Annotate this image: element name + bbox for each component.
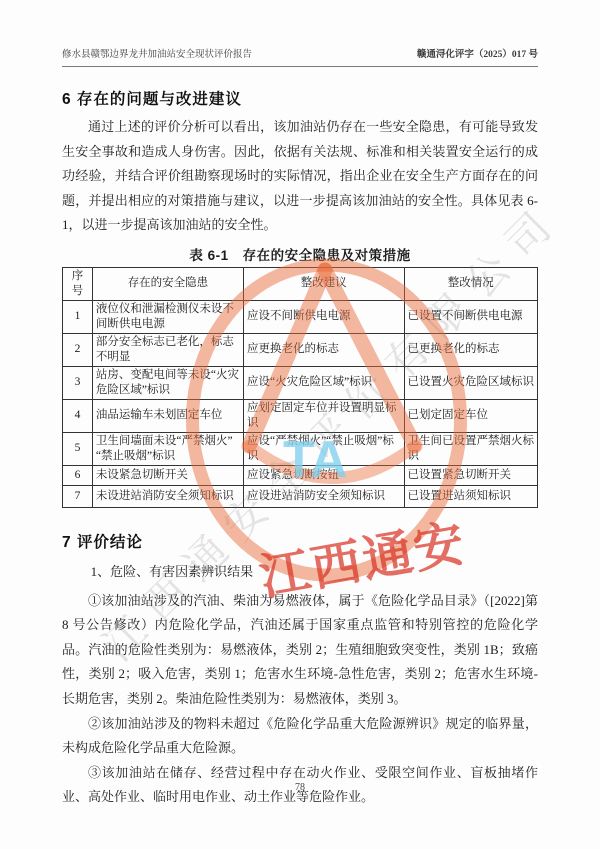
row-number: 6 <box>63 465 93 485</box>
status-cell: 卫生间已设置严禁烟火标识 <box>404 432 537 465</box>
header-report-title: 修水县赣鄂边界龙井加油站安全现状评价报告 <box>62 46 252 60</box>
col-header-hazard: 存在的安全隐患 <box>92 267 243 300</box>
row-number: 7 <box>63 485 93 507</box>
hazard-cell: 未设进站消防安全须知标识 <box>92 485 243 507</box>
hazard-table: 序号 存在的安全隐患 整改建议 整改情况 1 液位仪和泄漏检测仪未设不间断供电电… <box>62 267 538 508</box>
status-cell: 已设置火灾危险区域标识 <box>404 366 537 399</box>
col-header-status: 整改情况 <box>404 267 537 300</box>
row-number: 4 <box>63 399 93 432</box>
table-header-row: 序号 存在的安全隐患 整改建议 整改情况 <box>63 267 538 300</box>
row-number: 2 <box>63 333 93 366</box>
status-cell: 已更换老化的标志 <box>404 333 537 366</box>
row-number: 3 <box>63 366 93 399</box>
section-7-subheading: 1、危险、有害因素辨识结果 <box>62 560 538 585</box>
suggestion-cell: 应设“火灾危险区域”标识 <box>243 366 404 399</box>
table-row: 5 卫生间墙面未设“严禁烟火”“禁止吸烟”标识 应设“严禁烟火”“禁止吸烟”标识… <box>63 432 538 465</box>
table-row: 6 未设紧急切断开关 应设紧急切断按钮 已设置紧急切断开关 <box>63 465 538 485</box>
suggestion-cell: 应设进站消防安全须知标识 <box>243 485 404 507</box>
status-cell: 已划定固定车位 <box>404 399 537 432</box>
status-cell: 已设置不间断供电电源 <box>404 300 537 333</box>
section-6-heading: 6 存在的问题与改进建议 <box>62 87 538 109</box>
table-row: 4 油品运输车未划固定车位 应划定固定车位并设置明显标识 已划定固定车位 <box>63 399 538 432</box>
status-cell: 已设置进站须知标识 <box>404 485 537 507</box>
suggestion-cell: 应更换老化的标志 <box>243 333 404 366</box>
hazard-cell: 液位仪和泄漏检测仪未设不间断供电电源 <box>92 300 243 333</box>
conclusion-paragraph-2: ②该加油站涉及的物料未超过《危险化学品重大危险源辨识》规定的临界量，未构成危险化… <box>62 712 538 761</box>
table-title: 表 6-1 存在的安全隐患及对策措施 <box>62 244 538 264</box>
suggestion-cell: 应划定固定车位并设置明显标识 <box>243 399 404 432</box>
table-row: 7 未设进站消防安全须知标识 应设进站消防安全须知标识 已设置进站须知标识 <box>63 485 538 507</box>
row-number: 1 <box>63 300 93 333</box>
col-header-suggestion: 整改建议 <box>243 267 404 300</box>
hazard-cell: 部分安全标志已老化，标志不明显 <box>92 333 243 366</box>
document-page: 江西通安全评价有限公司 TA 江西通安 修水县赣鄂边界龙井加油站安全现状评价报告… <box>0 0 600 849</box>
table-row: 2 部分安全标志已老化，标志不明显 应更换老化的标志 已更换老化的标志 <box>63 333 538 366</box>
page-number: 78 <box>0 782 600 793</box>
conclusion-paragraph-1: ①该加油站涉及的汽油、柴油为易燃液体，属于《危险化学品目录》（[2022]第 8… <box>62 589 538 712</box>
page-header: 修水县赣鄂边界龙井加油站安全现状评价报告 赣通浔化评字（2025）017 号 <box>62 46 538 67</box>
suggestion-cell: 应设“严禁烟火”“禁止吸烟”标识 <box>243 432 404 465</box>
hazard-cell: 油品运输车未划固定车位 <box>92 399 243 432</box>
table-row: 1 液位仪和泄漏检测仪未设不间断供电电源 应设不间断供电电源 已设置不间断供电电… <box>63 300 538 333</box>
header-doc-number: 赣通浔化评字（2025）017 号 <box>417 46 538 60</box>
suggestion-cell: 应设不间断供电电源 <box>243 300 404 333</box>
col-header-no: 序号 <box>63 267 93 300</box>
status-cell: 已设置紧急切断开关 <box>404 465 537 485</box>
hazard-cell: 未设紧急切断开关 <box>92 465 243 485</box>
section-7-heading: 7 评价结论 <box>62 530 538 552</box>
section-6-paragraph: 通过上述的评价分析可以看出，该加油站仍存在一些安全隐患，有可能导致发生安全事故和… <box>62 115 538 238</box>
hazard-cell: 站房、变配电间等未设“火灾危险区域”标识 <box>92 366 243 399</box>
page-content: 修水县赣鄂边界龙井加油站安全现状评价报告 赣通浔化评字（2025）017 号 6… <box>0 46 600 810</box>
row-number: 5 <box>63 432 93 465</box>
hazard-cell: 卫生间墙面未设“严禁烟火”“禁止吸烟”标识 <box>92 432 243 465</box>
suggestion-cell: 应设紧急切断按钮 <box>243 465 404 485</box>
table-row: 3 站房、变配电间等未设“火灾危险区域”标识 应设“火灾危险区域”标识 已设置火… <box>63 366 538 399</box>
